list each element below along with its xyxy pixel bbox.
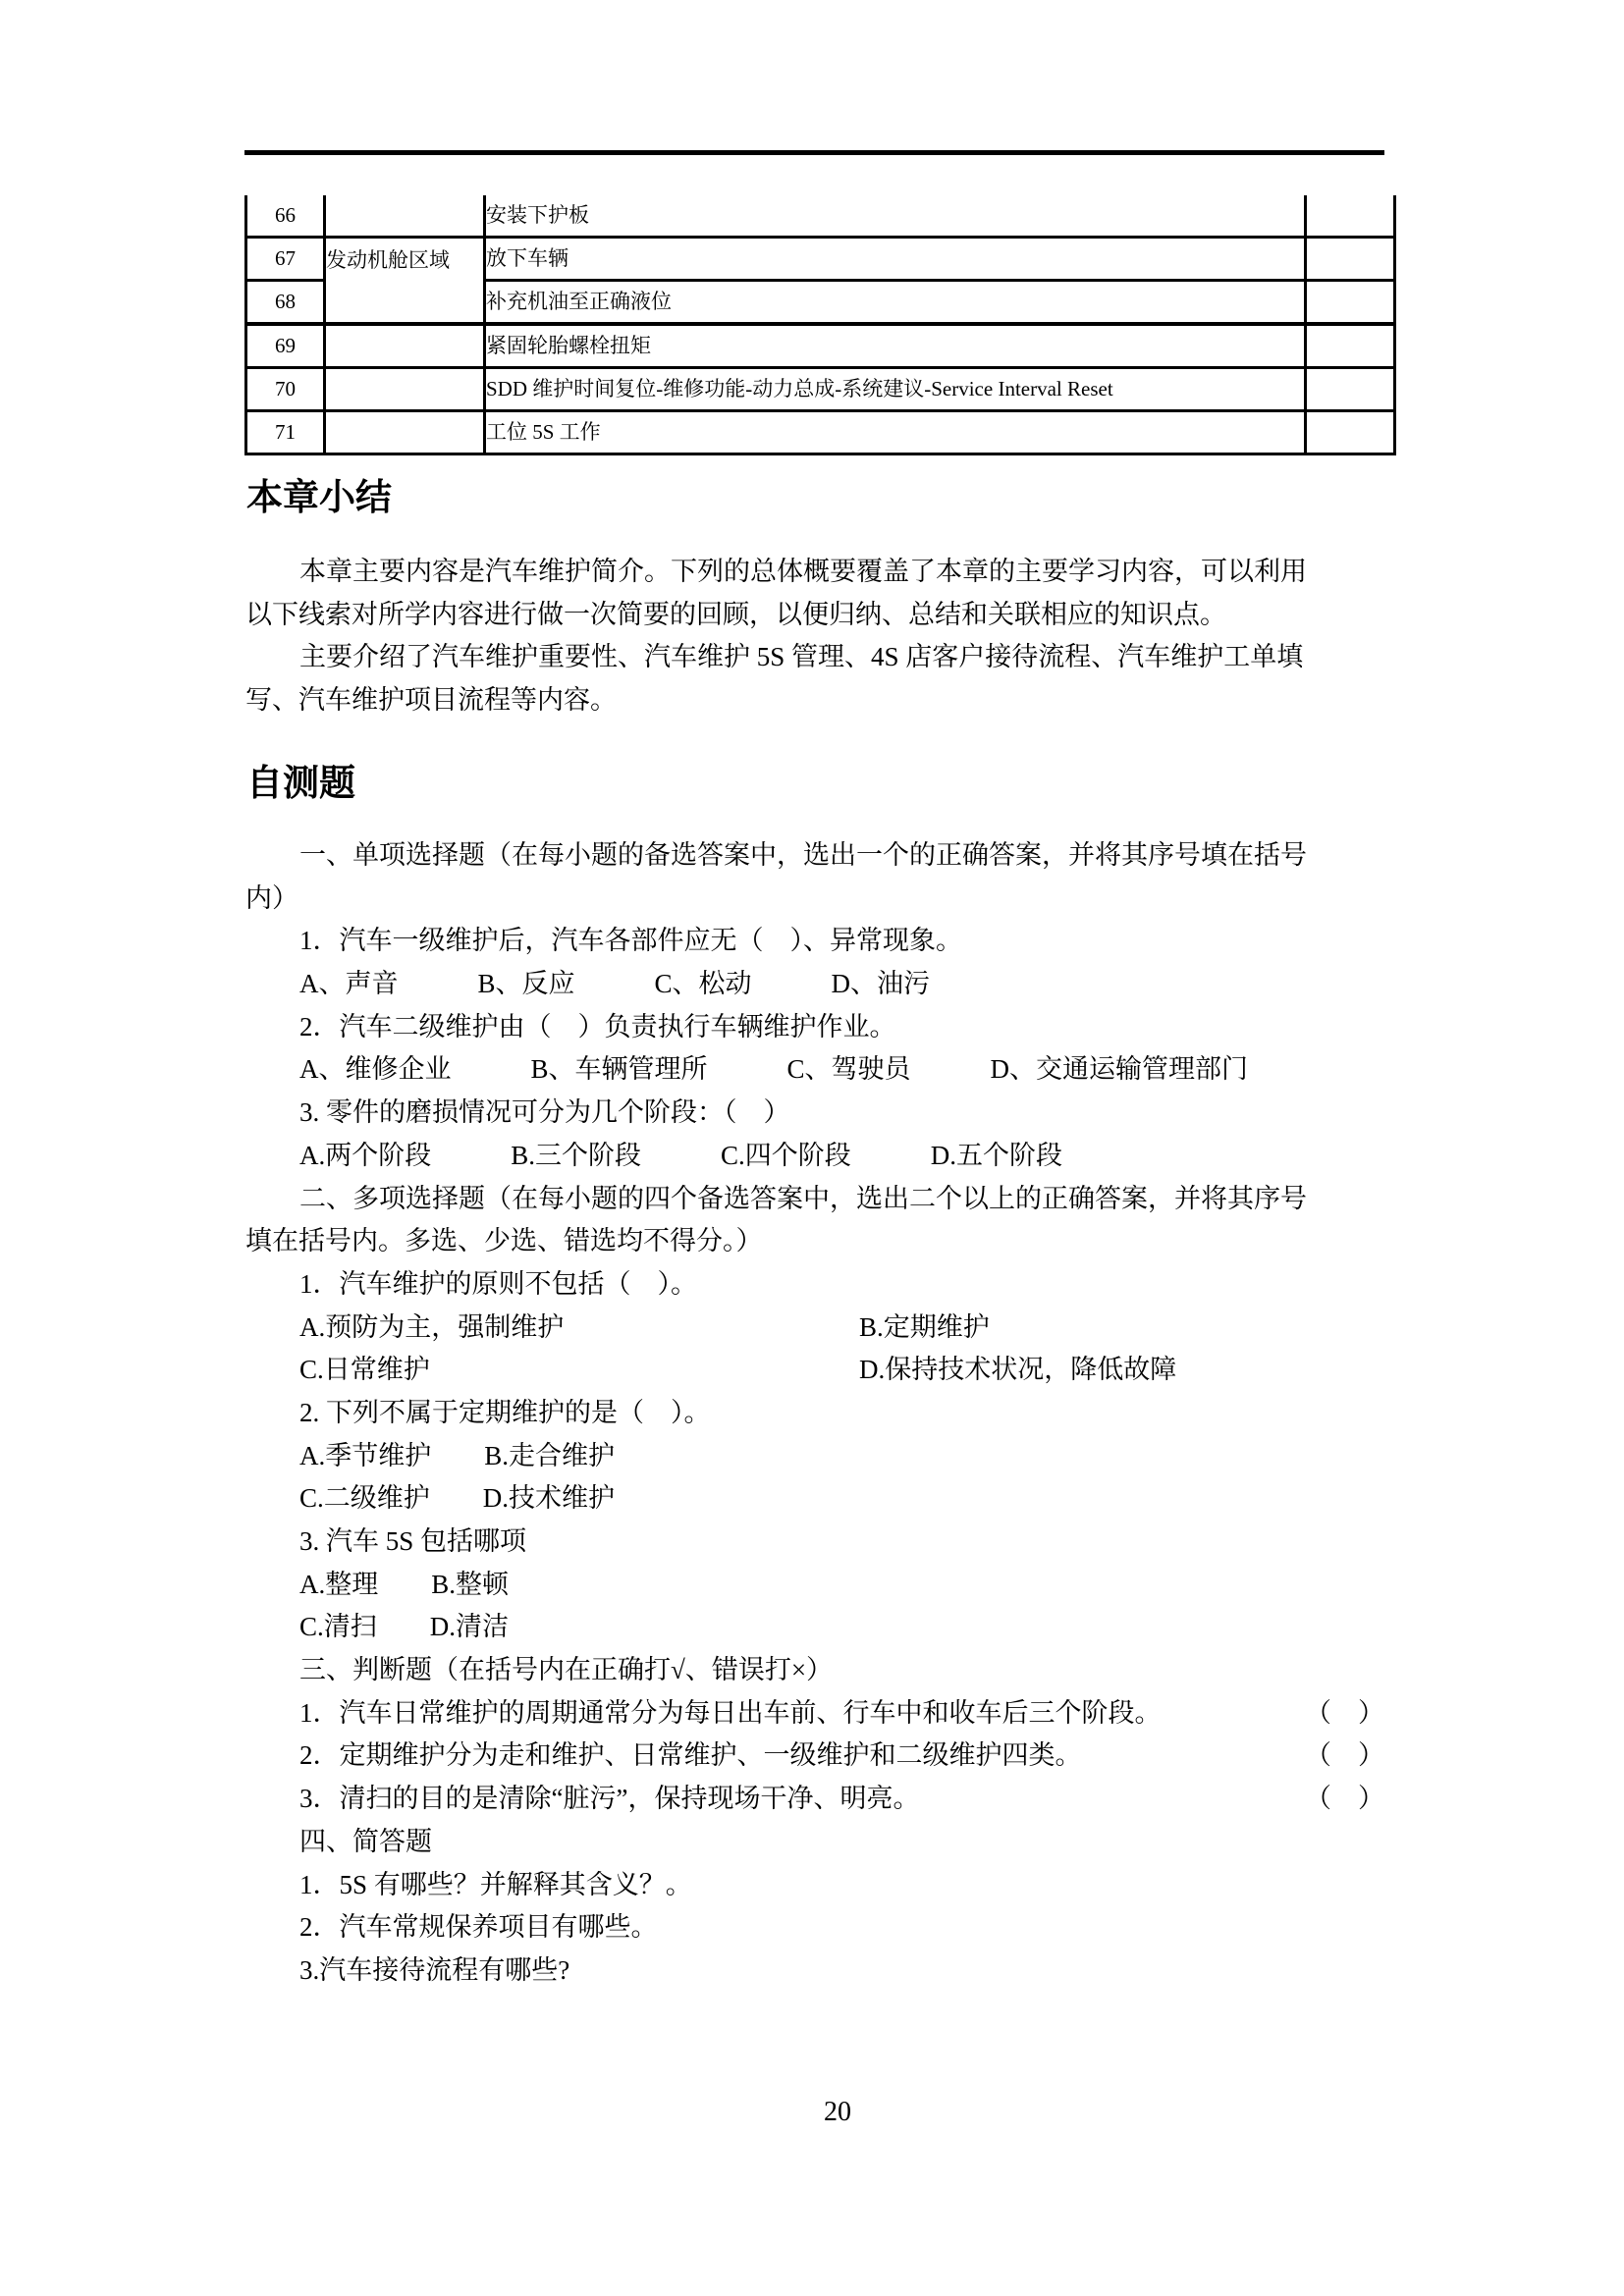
maintenance-task-table: 66安装下护板67发动机舱区域放下车辆68补充机油至正确液位69紧固轮胎螺栓扭矩… [244,195,1396,455]
text-line-content: 四、简答题 [299,1827,432,1856]
text-line-content: 2．汽车二级维护由（ ）负责执行车辆维护作业。 [299,1012,896,1041]
text-line-content: A.预防为主，强制维护 [299,1312,564,1342]
text-line-content: 3.汽车接待流程有哪些? [299,1955,569,1985]
task-cell: 紧固轮胎螺栓扭矩 [485,324,1306,368]
note-cell [1306,368,1395,411]
table-row: 66安装下护板 [246,195,1395,238]
text-line: 2．定期维护分为走和维护、日常维护、一级维护和二级维护四类。（ ） [245,1735,1384,1778]
quiz-section-title: 自测题 [246,764,355,803]
text-line: 主要介绍了汽车维护重要性、汽车维护 5S 管理、4S 店客户接待流程、汽车维护工… [245,636,1384,679]
text-line-content: 3. 零件的磨损情况可分为几个阶段：（ ） [299,1097,790,1127]
text-line-content: 填在括号内。多选、少选、错选均不得分。） [245,1226,763,1255]
answer-bracket: （ ） [1305,1778,1384,1821]
text-line: C.二级维护 D.技术维护 [245,1477,1384,1521]
page-header-rule [244,150,1384,155]
quiz-body: 一、单项选择题（在每小题的备选答案中，选出一个的正确答案，并将其序号填在括号内）… [245,834,1384,1993]
text-line: 1．汽车维护的原则不包括（ ）。 [245,1263,1384,1307]
note-cell [1306,411,1395,454]
text-line-content: 三、判断题（在括号内在正确打√、错误打×） [299,1655,833,1684]
text-line: 3. 零件的磨损情况可分为几个阶段：（ ） [245,1092,1384,1135]
text-line: A.预防为主，强制维护B.定期维护 [245,1307,1384,1350]
text-line: 填在括号内。多选、少选、错选均不得分。） [245,1220,1384,1263]
text-line-content: 1．汽车日常维护的周期通常分为每日出车前、行车中和收车后三个阶段。 [299,1698,1162,1728]
task-table-body: 66安装下护板67发动机舱区域放下车辆68补充机油至正确液位69紧固轮胎螺栓扭矩… [246,195,1395,454]
text-line-content: C.二级维护 D.技术维护 [299,1483,615,1513]
area-cell [325,368,485,411]
text-line: 2．汽车常规保养项目有哪些。 [245,1906,1384,1949]
note-cell [1306,324,1395,368]
text-line: 内） [245,878,1384,921]
text-line: A.两个阶段 B.三个阶段 C.四个阶段 D.五个阶段 [245,1135,1384,1178]
text-line: C.日常维护D.保持技术状况，降低故障 [245,1349,1384,1392]
text-line: A、声音 B、反应 C、松动 D、油污 [245,963,1384,1006]
text-line: 2. 下列不属于定期维护的是（ ）。 [245,1392,1384,1435]
text-line-content: 2．定期维护分为走和维护、日常维护、一级维护和二级维护四类。 [299,1740,1082,1770]
text-line-content: 主要介绍了汽车维护重要性、汽车维护 5S 管理、4S 店客户接待流程、汽车维护工… [299,642,1303,671]
table-row: 67发动机舱区域放下车辆 [246,238,1395,281]
note-cell [1306,238,1395,281]
table-row: 71工位 5S 工作 [246,411,1395,454]
row-number-cell: 69 [246,324,325,368]
area-cell [325,324,485,368]
text-line-content: 3．清扫的目的是清除“脏污”，保持现场干净、明亮。 [299,1784,919,1813]
task-cell: 工位 5S 工作 [485,411,1306,454]
option-second-column: B.定期维护 [859,1307,990,1350]
area-cell [325,411,485,454]
task-cell: 补充机油至正确液位 [485,281,1306,325]
text-line: 3. 汽车 5S 包括哪项 [245,1521,1384,1564]
table-row: 69紧固轮胎螺栓扭矩 [246,324,1395,368]
text-line-content: 一、单项选择题（在每小题的备选答案中，选出一个的正确答案，并将其序号填在括号 [299,840,1307,870]
option-second-column: D.保持技术状况，降低故障 [859,1349,1176,1392]
text-line-content: A.两个阶段 B.三个阶段 C.四个阶段 D.五个阶段 [299,1141,1062,1170]
note-cell [1306,195,1395,238]
text-line-content: 3. 汽车 5S 包括哪项 [299,1526,526,1556]
task-cell: 放下车辆 [485,238,1306,281]
area-cell: 发动机舱区域 [325,238,485,325]
table-row: 70SDD 维护时间复位-维修功能-动力总成-系统建议-Service Inte… [246,368,1395,411]
document-page: 66安装下护板67发动机舱区域放下车辆68补充机油至正确液位69紧固轮胎螺栓扭矩… [0,0,1624,2296]
text-line: 二、多项选择题（在每小题的四个备选答案中，选出二个以上的正确答案，并将其序号 [245,1178,1384,1221]
text-line: A、维修企业 B、车辆管理所 C、驾驶员 D、交通运输管理部门 [245,1048,1384,1092]
text-line-content: A.季节维护 B.走合维护 [299,1441,615,1470]
text-line: 2．汽车二级维护由（ ）负责执行车辆维护作业。 [245,1006,1384,1049]
text-line-content: 二、多项选择题（在每小题的四个备选答案中，选出二个以上的正确答案，并将其序号 [299,1184,1307,1213]
text-line-content: A.整理 B.整顿 [299,1570,509,1599]
text-line: 1．汽车一级维护后，汽车各部件应无（ ）、异常现象。 [245,920,1384,963]
text-line: 1．5S 有哪些？并解释其含义？。 [245,1864,1384,1907]
note-cell [1306,281,1395,325]
summary-section-title: 本章小结 [246,478,392,517]
row-number-cell: 71 [246,411,325,454]
text-line-content: 1．5S 有哪些？并解释其含义？。 [299,1870,692,1899]
page-number: 20 [248,2097,1427,2128]
task-cell: SDD 维护时间复位-维修功能-动力总成-系统建议-Service Interv… [485,368,1306,411]
text-line: 写、汽车维护项目流程等内容。 [245,679,1384,722]
text-line-content: 本章主要内容是汽车维护简介。下列的总体概要覆盖了本章的主要学习内容，可以利用 [299,557,1307,586]
task-cell: 安装下护板 [485,195,1306,238]
row-number-cell: 67 [246,238,325,281]
text-line: 一、单项选择题（在每小题的备选答案中，选出一个的正确答案，并将其序号填在括号 [245,834,1384,878]
text-line-content: 2．汽车常规保养项目有哪些。 [299,1912,658,1942]
text-line-content: 2. 下列不属于定期维护的是（ ）。 [299,1398,711,1427]
text-line-content: 1．汽车维护的原则不包括（ ）。 [299,1269,697,1299]
text-line: 3．清扫的目的是清除“脏污”，保持现场干净、明亮。（ ） [245,1778,1384,1821]
row-number-cell: 66 [246,195,325,238]
answer-bracket: （ ） [1305,1735,1384,1778]
text-line: 3.汽车接待流程有哪些? [245,1949,1384,1993]
text-line-content: A、维修企业 B、车辆管理所 C、驾驶员 D、交通运输管理部门 [299,1054,1248,1084]
row-number-cell: 68 [246,281,325,325]
text-line-content: A、声音 B、反应 C、松动 D、油污 [299,969,930,998]
text-line-content: 内） [245,883,298,913]
text-line-content: 1．汽车一级维护后，汽车各部件应无（ ）、异常现象。 [299,926,962,955]
text-line: 以下线索对所学内容进行做一次简要的回顾，以便归纳、总结和关联相应的知识点。 [245,594,1384,637]
area-cell [325,195,485,238]
text-line: 四、简答题 [245,1821,1384,1864]
text-line-content: 写、汽车维护项目流程等内容。 [245,685,617,715]
row-number-cell: 70 [246,368,325,411]
answer-bracket: （ ） [1305,1692,1384,1735]
text-line: 1．汽车日常维护的周期通常分为每日出车前、行车中和收车后三个阶段。（ ） [245,1692,1384,1735]
text-line: A.季节维护 B.走合维护 [245,1435,1384,1478]
text-line-content: C.清扫 D.清洁 [299,1612,509,1641]
text-line: A.整理 B.整顿 [245,1564,1384,1607]
text-line-content: C.日常维护 [299,1355,430,1384]
text-line: 三、判断题（在括号内在正确打√、错误打×） [245,1649,1384,1692]
text-line-content: 以下线索对所学内容进行做一次简要的回顾，以便归纳、总结和关联相应的知识点。 [245,600,1226,629]
summary-paragraphs: 本章主要内容是汽车维护简介。下列的总体概要覆盖了本章的主要学习内容，可以利用以下… [245,551,1384,722]
text-line: 本章主要内容是汽车维护简介。下列的总体概要覆盖了本章的主要学习内容，可以利用 [245,551,1384,594]
text-line: C.清扫 D.清洁 [245,1606,1384,1649]
